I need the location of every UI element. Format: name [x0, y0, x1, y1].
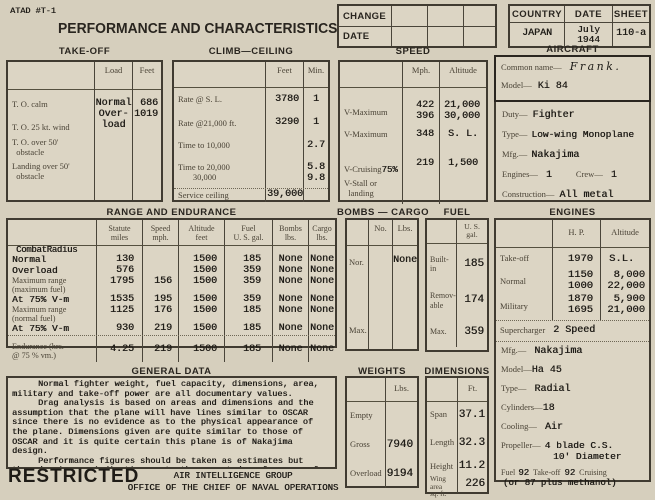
- range-miles: 930: [96, 324, 142, 335]
- engines-count-value: 1: [546, 171, 552, 182]
- mfg-value: Nakajima: [531, 151, 579, 162]
- range-row-label: Endurance (hrs. @ 75 % vm.): [8, 340, 96, 362]
- climb-heading: CLIMB—CEILING: [172, 46, 330, 57]
- construction-label: Construction—: [502, 190, 554, 200]
- mfg-label: Mfg.—: [502, 150, 527, 160]
- engine-fuel-label: Fuel: [501, 468, 515, 478]
- takeoff-feet-values: 686 1019: [133, 98, 161, 120]
- bombs-table: Nor. Max. No. Lbs. None: [345, 218, 419, 351]
- range-header-miles: Statute miles: [96, 220, 142, 246]
- load-column-header: Load: [95, 62, 132, 90]
- date-cell: [427, 27, 463, 46]
- range-miles: 4.25: [96, 340, 142, 362]
- general-data-box: Normal fighter weight, fuel capacity, di…: [6, 376, 337, 469]
- range-bombs: None: [272, 324, 308, 335]
- id-box: COUNTRY DATE SHEET JAPAN July 1944 110-a: [508, 4, 651, 48]
- dimensions-table: Ft. Span 37.1 Length 32.3 Height 11.2 Wi…: [425, 376, 489, 494]
- speed-row-label: V-Cruising75%: [340, 151, 402, 179]
- range-row: Maximum range (maximum fuel) 1795 156 15…: [8, 277, 335, 295]
- range-row-label: Maximum range (maximum fuel): [8, 277, 96, 295]
- climb-feet-header: Feet: [265, 62, 303, 88]
- range-altitude: 1500: [178, 306, 224, 324]
- speed-label-text: V-Maximum: [344, 129, 388, 139]
- takeoff-table: T. O. calm T. O. 25 kt. wind T. O. over …: [6, 60, 163, 202]
- supercharger-value: 2 Speed: [553, 326, 595, 337]
- range-fuel: 185: [224, 324, 272, 335]
- model-label: Model—: [501, 81, 532, 91]
- range-miles: 1125: [96, 306, 142, 324]
- weights-overload-value: 9194: [385, 460, 417, 488]
- dimensions-span-value: 37.1: [457, 402, 487, 428]
- takeoff-row-label: T. O. over 50' obstacle: [12, 138, 94, 157]
- dimensions-row-label: Wing area sq. ft.: [427, 475, 457, 493]
- fuel-max-value: 359: [456, 317, 487, 347]
- engines-hp-value: 1970: [552, 248, 600, 270]
- speed-altitude-value: [439, 179, 486, 204]
- climb-feet-value: [265, 157, 303, 188]
- change-label: CHANGE: [339, 6, 391, 26]
- range-bombs: None: [272, 340, 308, 362]
- change-cell: [427, 6, 463, 26]
- crew-value: 1: [611, 171, 617, 182]
- dimensions-height-value: 11.2: [457, 458, 487, 475]
- org-line-1: AIR INTELLIGENCE GROUP: [108, 470, 358, 482]
- model-value: Ki 84: [538, 82, 568, 93]
- engines-hp-value: 1150 1000: [552, 270, 600, 294]
- engines-heading: ENGINES: [494, 207, 651, 218]
- engine-type-value: Radial: [534, 385, 570, 396]
- range-row-label: At 75% V-m: [8, 324, 96, 335]
- sheet-value: 110-a: [612, 23, 649, 46]
- engines-altitude-value: 8,000 22,000: [600, 270, 649, 294]
- range-cargo: None: [308, 306, 335, 324]
- speed-row-label: V-Maximum: [340, 88, 402, 130]
- country-value: JAPAN: [510, 23, 564, 46]
- takeoff-row-label: T. O. calm: [12, 100, 94, 110]
- takeoff-row-label: T. O. 25 kt. wind: [12, 123, 94, 133]
- issuing-org: AIR INTELLIGENCE GROUP OFFICE OF THE CHI…: [108, 470, 358, 494]
- engines-count-label: Engines—: [502, 170, 538, 180]
- date-cell: [463, 27, 495, 46]
- propeller-diameter-value: 10' Diameter: [553, 452, 644, 463]
- range-speed: 156: [142, 277, 178, 295]
- date-header: DATE: [564, 6, 612, 22]
- type-value: Low-wing Monoplane: [531, 130, 634, 141]
- revision-box: CHANGE DATE: [337, 4, 497, 48]
- climb-min-value: 2.7: [303, 135, 328, 157]
- speed-row-label: V-Maximum: [340, 130, 402, 151]
- range-bombs: None: [272, 306, 308, 324]
- range-header-bombs: Bombs lbs.: [272, 220, 308, 246]
- takeoff-heading: TAKE-OFF: [6, 46, 163, 57]
- climb-row-label: Time to 20,000 30,000: [174, 157, 265, 188]
- range-fuel: 185: [224, 306, 272, 324]
- engine-fuel-takeoff-label: Take-off: [533, 468, 560, 478]
- change-cell: [463, 6, 495, 26]
- climb-row-label: Service ceiling: [174, 189, 265, 202]
- duty-label: Duty—: [502, 110, 528, 120]
- org-line-2: OFFICE OF THE CHIEF OF NAVAL OPERATIONS: [108, 482, 358, 494]
- common-name-value: Frank.: [570, 60, 622, 73]
- range-cargo: None: [308, 277, 335, 295]
- range-row-label: Maximum range (normal fuel): [8, 306, 96, 324]
- type-label: Type—: [502, 130, 527, 140]
- fuel-table: U. S. gal. Built- in 185 Remov- able 174…: [425, 218, 489, 352]
- cylinders-value: 18: [543, 404, 555, 415]
- range-altitude: 1500: [178, 277, 224, 295]
- range-cargo: None: [308, 340, 335, 362]
- engine-mfg-label: Mfg.—: [501, 346, 526, 356]
- page-title: PERFORMANCE AND CHARACTERISTICS: [58, 21, 271, 37]
- fuel-gal-header: U. S. gal.: [456, 220, 487, 244]
- speed-row-label: V-Stall or landing: [340, 179, 402, 204]
- range-altitude: 1500: [178, 324, 224, 335]
- range-miles: 1795: [96, 277, 142, 295]
- general-paragraph: Drag analysis is based on areas and dime…: [12, 399, 331, 457]
- bombs-heading: BOMBS — CARGO: [337, 207, 427, 218]
- speed-mph-value: 422 396: [402, 88, 439, 130]
- range-header-altitude: Altitude feet: [178, 220, 224, 246]
- climb-corner-cell: [174, 62, 265, 88]
- climb-feet-value: [265, 135, 303, 157]
- range-speed: 219: [142, 324, 178, 335]
- climb-min-value: 5.8 9.8: [303, 157, 328, 188]
- construction-value: All metal: [559, 191, 613, 202]
- document-stamp: ATAD #T-1: [10, 6, 56, 17]
- speed-label-text: V-Stall or landing: [344, 178, 377, 198]
- range-row: Maximum range (normal fuel) 1125 176 150…: [8, 306, 335, 324]
- dimensions-length-value: 32.3: [457, 428, 487, 458]
- feet-column-header: Feet: [133, 62, 161, 90]
- common-name-label: Common name—: [501, 63, 562, 73]
- fuel-row-label: Max.: [427, 317, 456, 347]
- dimensions-ft-header: Ft.: [457, 378, 487, 402]
- fuel-heading: FUEL: [425, 207, 489, 218]
- weights-row-label: Gross: [347, 430, 385, 460]
- duty-value: Fighter: [533, 111, 575, 122]
- climb-min-value: 1: [303, 112, 328, 135]
- climb-min-value: [303, 189, 328, 202]
- range-speed: [142, 255, 178, 266]
- fuel-octane-takeoff: 92: [518, 468, 529, 479]
- change-cell: [391, 6, 427, 26]
- climb-min-header: Min.: [303, 62, 328, 88]
- range-header-fuel: Fuel U. S. gal.: [224, 220, 272, 246]
- range-row: At 75% V-m 930 219 1500 185 None None: [8, 324, 335, 336]
- weights-row-label: Empty: [347, 402, 385, 430]
- range-header-speed: Speed mph.: [142, 220, 178, 246]
- engines-row-label: Normal: [496, 270, 552, 294]
- speed-label-text: V-Cruising: [344, 164, 381, 174]
- engine-mfg-value: Nakajima: [534, 347, 582, 358]
- climb-feet-value: 3290: [265, 112, 303, 135]
- speed-label-typed-suffix: 75%: [381, 165, 397, 175]
- aircraft-heading: AIRCRAFT: [494, 44, 651, 55]
- propeller-value: 4 blade C.S.: [545, 441, 613, 452]
- crew-label: Crew—: [576, 170, 603, 180]
- speed-altitude-value: 21,000 30,000: [439, 88, 486, 130]
- takeoff-load-values: Normal Over- load: [95, 98, 132, 131]
- climb-min-value: 1: [303, 88, 328, 112]
- engines-altitude-value: 5,900 21,000: [600, 294, 649, 320]
- country-header: COUNTRY: [510, 6, 564, 22]
- speed-mph-header: Mph.: [402, 62, 439, 88]
- aircraft-name-box: Common name— Frank. Model— Ki 84: [494, 55, 651, 102]
- fuel-note: (or 87 plus methanol): [503, 478, 644, 489]
- fuel-row-label: Built- in: [427, 244, 456, 284]
- bombs-max-label: Max.: [349, 326, 368, 350]
- propeller-label: Propeller—: [501, 441, 541, 451]
- engine-model-label: Model—: [501, 365, 532, 375]
- range-bombs: None: [272, 277, 308, 295]
- climb-feet-value: 3780: [265, 88, 303, 112]
- dimensions-row-label: Length: [427, 428, 457, 458]
- fuel-octane-cruising: 92: [564, 468, 575, 479]
- range-altitude: 1500: [178, 340, 224, 362]
- climb-feet-value: 39,000: [265, 189, 303, 202]
- bombs-nor-label: Nor.: [349, 258, 368, 268]
- speed-mph-value: 219: [402, 151, 439, 179]
- date-value: July 1944: [564, 23, 612, 46]
- speed-heading: SPEED: [338, 46, 488, 57]
- fuel-builtin-value: 185: [456, 244, 487, 284]
- climb-row-label: Time to 10,000: [174, 135, 265, 157]
- engines-hp-value: 1870 1695: [552, 294, 600, 320]
- fuel-removable-value: 174: [456, 284, 487, 317]
- weights-lbs-header: Lbs.: [385, 378, 417, 402]
- climb-row-label: Rate @ S. L.: [174, 88, 265, 112]
- speed-altitude-value: 1,500: [439, 151, 486, 179]
- takeoff-row-label: Landing over 50' obstacle: [12, 162, 94, 181]
- date-cell: [391, 27, 427, 46]
- range-cargo: None: [308, 324, 335, 335]
- bombs-lbs-header: Lbs.: [393, 220, 417, 246]
- cooling-label: Cooling—: [501, 422, 537, 432]
- engine-fuel-line: Fuel 92 Take-off 92 Cruising (or 87 plus…: [501, 468, 644, 489]
- date-label: DATE: [339, 27, 391, 46]
- weights-empty-value: [385, 402, 417, 430]
- bombs-no-header: No.: [369, 220, 392, 246]
- general-paragraph: Normal fighter weight, fuel capacity, di…: [12, 380, 331, 399]
- climb-table: Feet Min. Rate @ S. L. 3780 1 Rate @21,0…: [172, 60, 330, 202]
- range-heading: RANGE AND ENDURANCE: [6, 207, 337, 218]
- supercharger-label: Supercharger: [500, 326, 545, 336]
- range-row: Endurance (hrs. @ 75 % vm.) 4.25 219 150…: [8, 340, 335, 362]
- engines-altitude-header: Altitude: [600, 220, 649, 248]
- engines-table: H. P. Altitude Take-off 1970 S.L. Normal…: [494, 218, 651, 482]
- engines-row-label: Take-off: [496, 248, 552, 270]
- range-corner-cell: [8, 220, 96, 246]
- aircraft-box: Common name— Frank. Model— Ki 84 Duty— F…: [494, 55, 651, 202]
- climb-row-label: Rate @21,000 ft.: [174, 112, 265, 135]
- takeoff-corner-cell: [8, 62, 94, 90]
- range-table: Statute miles Speed mph. Altitude feet F…: [6, 218, 337, 348]
- speed-mph-value: [402, 179, 439, 204]
- engine-fuel-cruising-label: Cruising: [579, 468, 607, 478]
- range-fuel: 185: [224, 340, 272, 362]
- engines-hp-header: H. P.: [552, 220, 600, 248]
- weights-gross-value: 7940: [385, 430, 417, 460]
- document-page: { "page": { "stamp": "ATAD #T-1", "title…: [0, 0, 655, 500]
- range-speed: 176: [142, 306, 178, 324]
- speed-altitude-header: Altitude: [439, 62, 486, 88]
- cooling-value: Air: [545, 423, 563, 434]
- engines-row-label: Military: [496, 294, 552, 320]
- cylinders-label: Cylinders—: [501, 403, 543, 413]
- speed-label-text: V-Maximum: [344, 107, 388, 117]
- speed-mph-value: 348: [402, 130, 439, 151]
- range-speed: 219: [142, 340, 178, 362]
- speed-corner-cell: [340, 62, 402, 88]
- dimensions-row-label: Height: [427, 458, 457, 475]
- range-fuel: 359: [224, 277, 272, 295]
- speed-altitude-value: S. L.: [439, 130, 486, 151]
- range-header-cargo: Cargo lbs.: [308, 220, 335, 246]
- fuel-row-label: Remov- able: [427, 284, 456, 317]
- dimensions-wing-area-value: 226: [457, 475, 487, 493]
- dimensions-row-label: Span: [427, 402, 457, 428]
- propeller-line: Propeller— 4 blade C.S. 10' Diameter: [501, 441, 644, 468]
- engine-model-value: Ha 45: [532, 366, 562, 377]
- engines-altitude-value: S.L.: [600, 248, 649, 270]
- bombs-nor-lbs-value: None: [393, 256, 417, 267]
- engine-type-label: Type—: [501, 384, 526, 394]
- speed-table: Mph. Altitude V-Maximum 422 396 21,000 3…: [338, 60, 488, 202]
- sheet-header: SHEET: [612, 6, 649, 22]
